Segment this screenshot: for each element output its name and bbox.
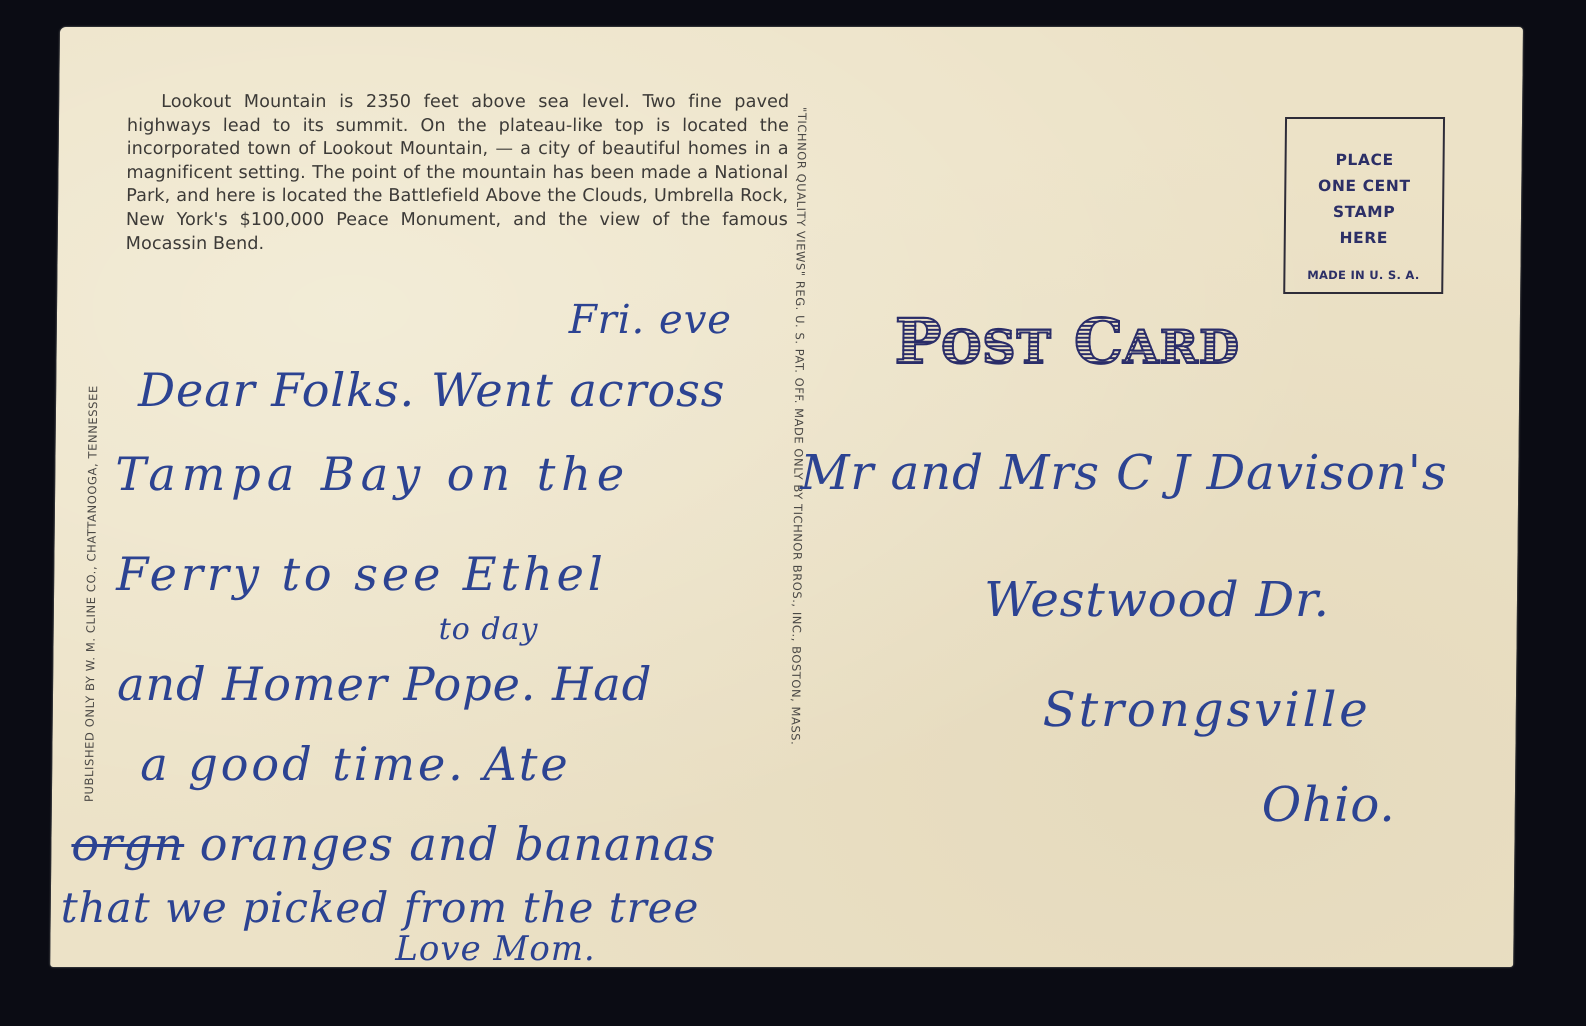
stamp-line: ONE CENT — [1286, 173, 1442, 199]
message-line: that we picked from the tree — [61, 883, 700, 932]
message-line: oranges and bananas — [200, 817, 717, 871]
address-line: Strongsville — [1043, 682, 1371, 738]
message-insertion: to day — [439, 612, 539, 647]
address-line: Ohio. — [1262, 777, 1397, 833]
message-line: Ferry to see Ethel — [116, 547, 607, 601]
stamp-line: HERE — [1286, 225, 1442, 251]
postcard: Lookout Mountain is 2350 feet above sea … — [50, 27, 1523, 967]
divider-imprint: "TICHNOR QUALITY VIEWS" REG. U. S. PAT. … — [788, 107, 809, 745]
message-line: Tampa Bay on the — [115, 447, 630, 501]
signoff: Love Mom. — [395, 929, 596, 969]
address-line: Mr and Mrs C J Davison's — [800, 445, 1448, 501]
logo-card-rest: ARD — [1123, 320, 1240, 374]
logo-post-initial: P — [894, 305, 941, 378]
logo-card-initial: C — [1073, 305, 1123, 378]
post-card-logo: POSTCARD — [894, 305, 1240, 378]
message-line-with-strike: orgn oranges and bananas — [71, 817, 716, 871]
stamp-box: PLACE ONE CENT STAMP HERE MADE IN U. S. … — [1283, 117, 1445, 294]
struck-word: orgn — [71, 817, 184, 871]
message-line: Dear Folks. Went across — [138, 363, 726, 417]
message-line: a good time. Ate — [140, 737, 571, 791]
logo-post-rest: OST — [941, 320, 1052, 374]
made-in-usa: MADE IN U. S. A. — [1285, 268, 1441, 282]
message-line: and Homer Pope. Had — [117, 657, 653, 711]
address-line: Westwood Dr. — [984, 572, 1331, 628]
printed-description: Lookout Mountain is 2350 feet above sea … — [126, 91, 790, 256]
handwritten-date: Fri. eve — [569, 297, 733, 343]
stamp-line: PLACE — [1286, 147, 1442, 173]
stamp-line: STAMP — [1286, 199, 1442, 225]
publisher-imprint: PUBLISHED ONLY BY W. M. CLINE CO., CHATT… — [82, 385, 100, 802]
